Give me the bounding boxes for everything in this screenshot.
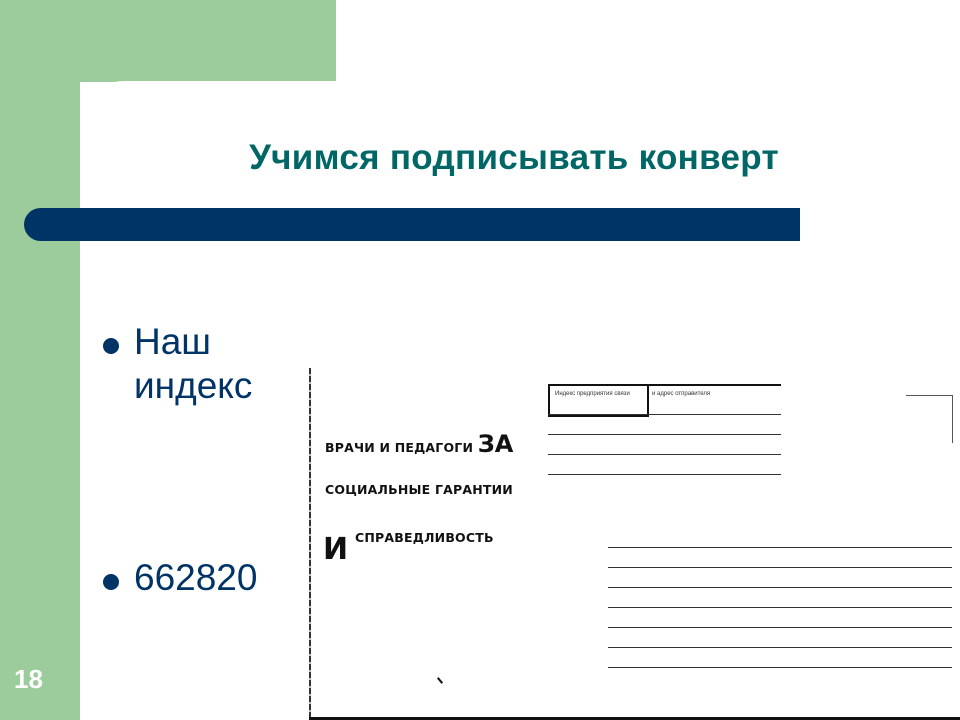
bullet-dot-icon [103,574,119,590]
recipient-address-line [608,667,952,668]
recipient-address-line [608,647,952,648]
postal-index: 662820 [134,556,257,600]
bullet-text: Наш индекс [134,320,252,408]
sender-index-label: Индекс предприятия связи [555,391,630,397]
recipient-address-line [608,547,952,548]
sender-address-line [548,414,781,415]
sender-address-line [548,474,781,475]
envelope-left-edge [309,368,311,718]
stamp-area-corner [906,395,953,443]
recipient-address-line [608,587,952,588]
recipient-address-line [608,607,952,608]
sender-index-box: Индекс предприятия связи [548,384,649,417]
recipient-address-line [608,567,952,568]
slide-title: Учимся подписывать конверт [100,138,928,178]
slogan-line-3: СПРАВЕДЛИВОСТЬ [355,530,494,545]
sender-address-line [548,434,781,435]
bullet-text-line-2: индекс [134,365,252,406]
slogan-line-1-text: ВРАЧИ И ПЕДАГОГИ [325,440,473,455]
title-underline-bar [24,208,800,241]
bullet-text-line-1: Наш [134,321,211,362]
slide-number: 18 [14,664,66,695]
sender-address-label: и адрес отправителя [652,391,710,397]
frame-green-left [0,0,80,720]
slogan-line-1: ВРАЧИ И ПЕДАГОГИ ЗА [325,430,513,458]
sender-top-line [645,384,781,386]
slogan-line-1-big: ЗА [478,430,514,458]
slogan-line-3-big: И [323,532,348,567]
bullet-dot-icon [103,338,119,354]
scan-mark [437,677,443,684]
recipient-address-line [608,627,952,628]
sender-address-line [548,454,781,455]
slogan-line-2: СОЦИАЛЬНЫЕ ГАРАНТИИ [325,482,513,497]
envelope-image: ВРАЧИ И ПЕДАГОГИ ЗА СОЦИАЛЬНЫЕ ГАРАНТИИ … [309,368,960,720]
